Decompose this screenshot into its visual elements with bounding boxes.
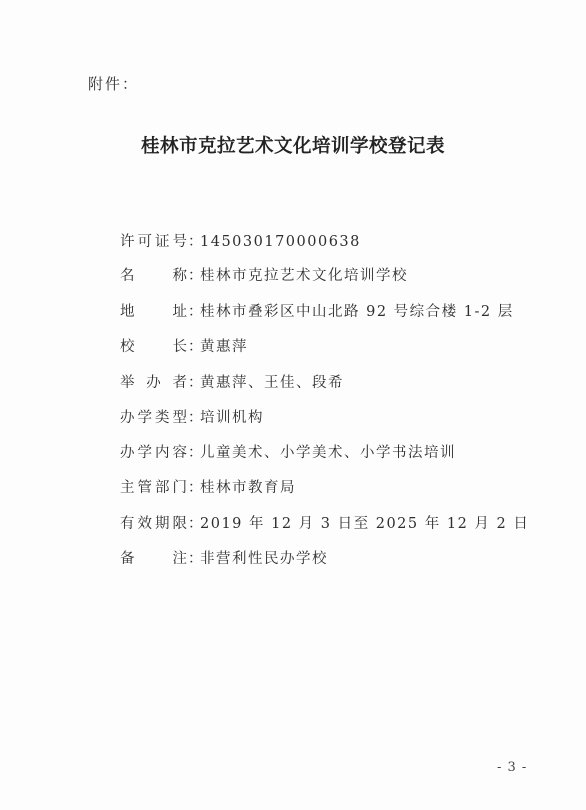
field-school-content: 办学内容 ： 儿童美术、小学美术、小学书法培训	[120, 441, 456, 462]
document-page: 附件： 桂林市克拉艺术文化培训学校登记表 许可证号 ： 145030170000…	[0, 0, 586, 810]
field-colon: ：	[188, 300, 196, 321]
field-supervisor: 主管部门 ： 桂林市教育局	[120, 476, 296, 497]
field-label: 名 称	[120, 264, 188, 285]
field-colon: ：	[188, 230, 196, 251]
field-name: 名 称 ： 桂林市克拉艺术文化培训学校	[120, 264, 408, 285]
field-colon: ：	[188, 441, 196, 462]
field-value: 桂林市叠彩区中山北路 92 号综合楼 1-2 层	[200, 300, 514, 321]
field-principal: 校 长 ： 黄惠萍	[120, 335, 248, 356]
field-address: 地 址 ： 桂林市叠彩区中山北路 92 号综合楼 1-2 层	[120, 300, 514, 321]
field-colon: ：	[188, 547, 196, 568]
field-value: 黄惠萍、王佳、段希	[200, 371, 344, 392]
field-label: 地 址	[120, 300, 188, 321]
field-colon: ：	[188, 406, 196, 427]
field-label: 办学内容	[120, 441, 188, 462]
field-value: 黄惠萍	[200, 335, 248, 356]
field-value: 桂林市教育局	[200, 476, 296, 497]
field-school-type: 办学类型 ： 培训机构	[120, 406, 264, 427]
attachment-label: 附件：	[88, 73, 139, 94]
field-label: 主管部门	[120, 476, 188, 497]
field-label: 有效期限	[120, 512, 188, 533]
field-value: 桂林市克拉艺术文化培训学校	[200, 264, 408, 285]
field-colon: ：	[188, 512, 196, 533]
field-colon: ：	[188, 264, 196, 285]
field-value: 非营利性民办学校	[200, 547, 328, 568]
page-number: - 3 -	[497, 760, 527, 775]
field-colon: ：	[188, 371, 196, 392]
field-license-number: 许可证号 ： 145030170000638	[120, 230, 361, 251]
field-label: 许可证号	[120, 230, 188, 251]
field-validity: 有效期限 ： 2019 年 12 月 3 日至 2025 年 12 月 2 日	[120, 512, 529, 533]
field-label: 举 办 者	[120, 371, 188, 392]
field-value: 儿童美术、小学美术、小学书法培训	[200, 441, 456, 462]
field-value: 145030170000638	[200, 234, 361, 250]
field-remarks: 备 注 ： 非营利性民办学校	[120, 547, 328, 568]
field-label: 校 长	[120, 335, 188, 356]
field-label: 备 注	[120, 547, 188, 568]
field-organizers: 举 办 者 ： 黄惠萍、王佳、段希	[120, 371, 344, 392]
field-label: 办学类型	[120, 406, 188, 427]
field-colon: ：	[188, 335, 196, 356]
field-value: 2019 年 12 月 3 日至 2025 年 12 月 2 日	[200, 512, 529, 533]
field-colon: ：	[188, 476, 196, 497]
document-title: 桂林市克拉艺术文化培训学校登记表	[0, 132, 586, 158]
field-value: 培训机构	[200, 406, 264, 427]
